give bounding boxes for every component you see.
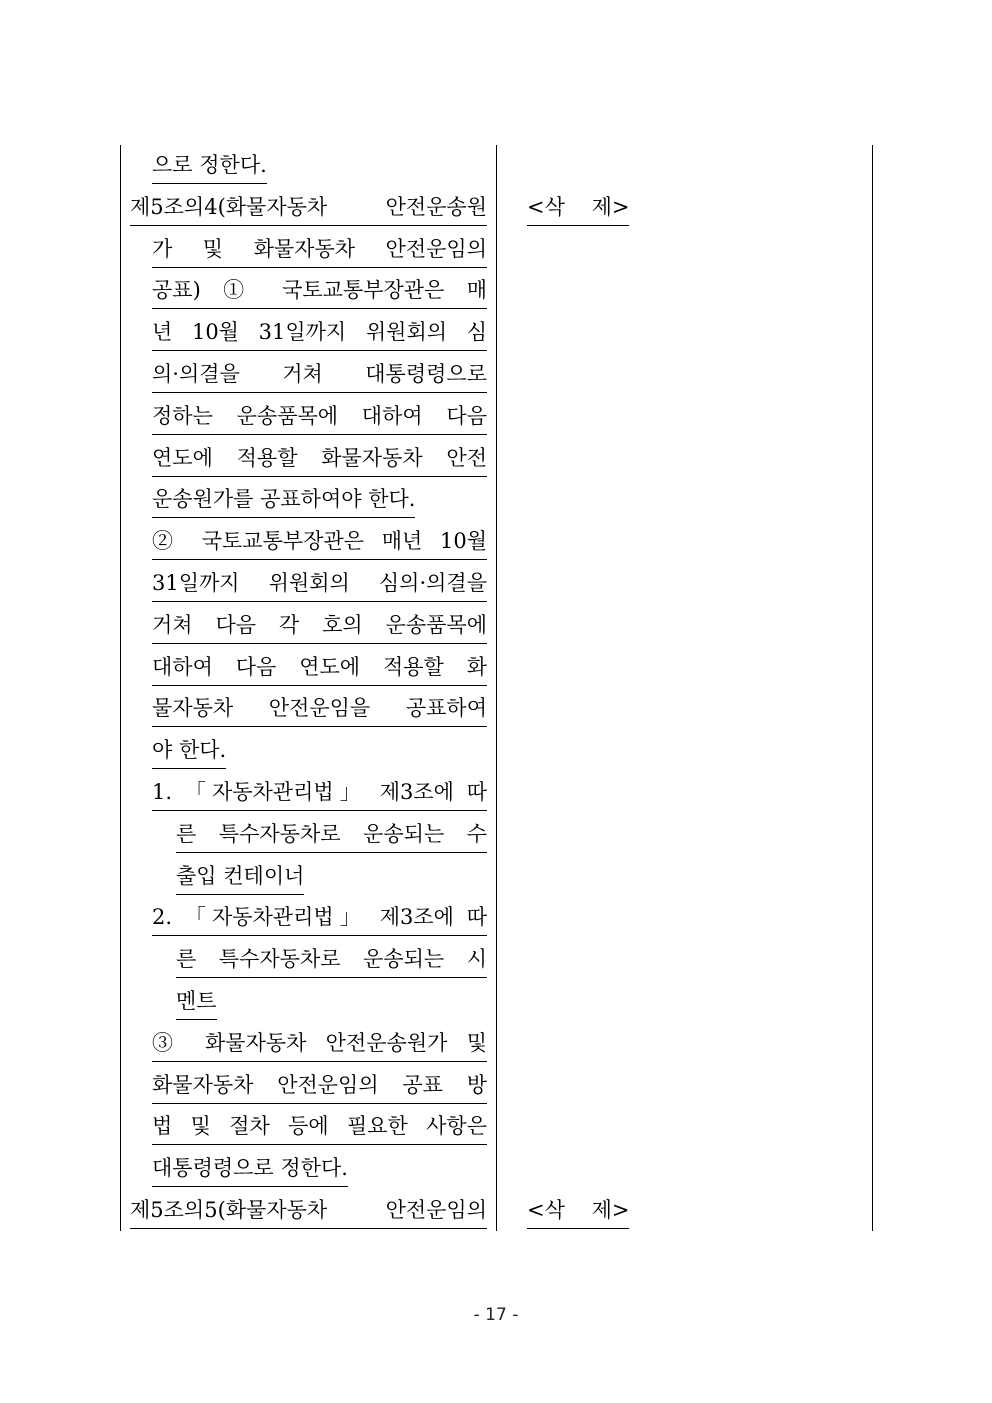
text-line: 대하여 다음 연도에 적용할 화 <box>152 649 487 691</box>
text-line: 31일까지 위원회의 심의·의결을 <box>152 565 487 607</box>
text-line: 른 특수자동차로 운송되는 수 <box>176 816 487 858</box>
text-line: 공표) ① 국토교통부장관은 매 <box>152 272 487 314</box>
text-line: 1. 「자동차관리법」 제3조에 따 <box>152 774 487 816</box>
table-right-border <box>872 145 873 1231</box>
text-line: 법 및 절차 등에 필요한 사항은 <box>152 1108 487 1150</box>
text-line: 으로 정한다. <box>152 147 267 189</box>
text-line: 멘트 <box>176 983 217 1025</box>
text-line: 야 한다. <box>152 732 226 774</box>
text-line: 화물자동차 안전운임의 공표 방 <box>152 1067 487 1109</box>
text-line: 운송원가를 공표하여야 한다. <box>152 481 415 523</box>
text-line: 가 및 화물자동차 안전운임의 <box>152 231 487 273</box>
text-line: 제5조의5(화물자동차 안전운임의 <box>130 1192 487 1234</box>
text-line: 연도에 적용할 화물자동차 안전 <box>152 440 487 482</box>
text-line: 른 특수자동차로 운송되는 시 <box>176 941 487 983</box>
page-number: - 17 - <box>0 1305 992 1325</box>
text-line: 정하는 운송품목에 대하여 다음 <box>152 398 487 440</box>
table-column-divider <box>496 145 497 1231</box>
text-line: 물자동차 안전운임을 공표하여 <box>152 690 487 732</box>
text-line: 거쳐 다음 각 호의 운송품목에 <box>152 607 487 649</box>
table-left-border <box>120 145 121 1231</box>
text-line: 출입 컨테이너 <box>176 858 304 900</box>
text-line: ② 국토교통부장관은 매년 10월 <box>152 523 487 565</box>
text-line: 제5조의4(화물자동차 안전운송원 <box>130 189 487 231</box>
text-line: 대통령령으로 정한다. <box>152 1150 348 1192</box>
comparison-table: 으로 정한다.제5조의4(화물자동차 안전운송원가 및 화물자동차 안전운임의공… <box>120 145 873 1231</box>
deletion-marker: <삭 제> <box>527 1192 629 1234</box>
text-line: 년 10월 31일까지 위원회의 심 <box>152 314 487 356</box>
text-line: ③ 화물자동차 안전운송원가 및 <box>152 1025 487 1067</box>
text-line: 2. 「자동차관리법」 제3조에 따 <box>152 899 487 941</box>
text-line: 의·의결을 거쳐 대통령령으로 <box>152 356 487 398</box>
deletion-marker: <삭 제> <box>527 189 629 231</box>
